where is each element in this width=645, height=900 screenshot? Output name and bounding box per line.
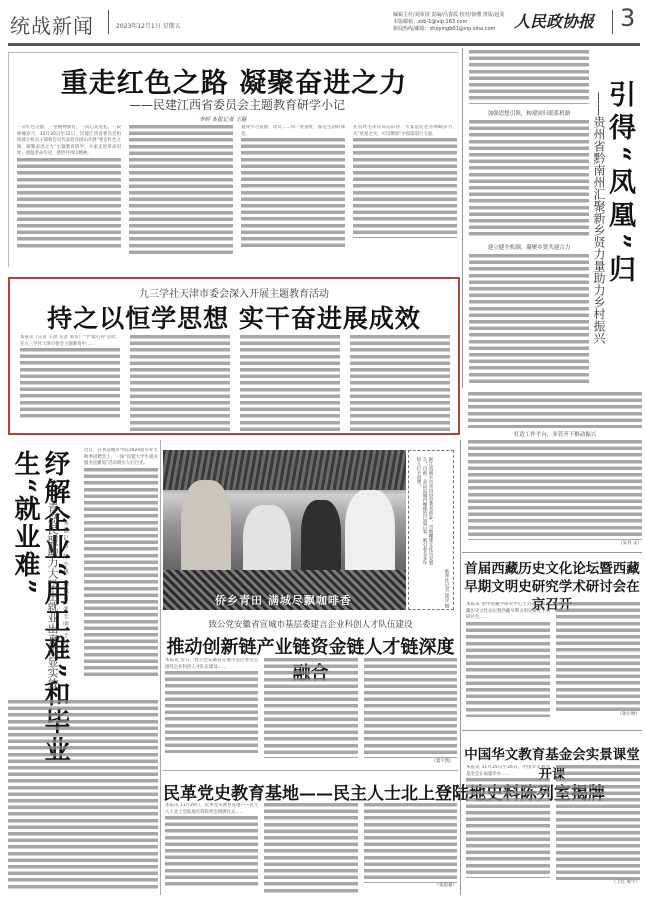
article-title: 持之以恒学思想 实干奋进展成效 xyxy=(10,299,458,335)
masthead-rule xyxy=(8,43,640,46)
subheading: 打造工作平台，多管齐下推动振兴 xyxy=(468,430,642,438)
column-rule xyxy=(160,440,161,895)
subheading: 建立健全机制，凝聚乡贤共建合力 xyxy=(469,243,589,251)
body-text xyxy=(469,120,589,238)
article-tibet: 首届西藏历史文化论坛暨西藏早期文明史研究学术研讨会在京召开 本报讯 由中国藏学研… xyxy=(462,560,642,725)
body-text xyxy=(468,392,642,428)
text-column: 置身学习氛围，动员……每一处遗址，都是生动的课堂。 xyxy=(241,125,345,255)
body-text xyxy=(241,138,345,248)
photo-description-text: 浙江省丽水市青田县是著名侨乡，当地咖啡文化历史悠久。目前，青田县城内咖啡馆已超百… xyxy=(415,457,433,567)
credit-line: 本版邮箱：zzb-1@vip.163.com xyxy=(393,19,505,26)
body-text xyxy=(469,254,589,384)
text-column: 一次红色之旅，一堂精神教育，一次心灵洗礼。一段峥嵘岁月，11月20日至22日，民… xyxy=(17,125,121,255)
article-columns: 本报讯 11月29日，民革党史教育基地——民主人士北上登陆地史料陈列室揭牌仪式…… xyxy=(165,803,457,893)
article-boxed: 九三学社天津市委会深入开展主题教育活动 持之以恒学思想 实干奋进展成效 本报讯（… xyxy=(8,277,460,435)
newspaper-logo: 人民政协报 xyxy=(514,9,594,32)
text-column xyxy=(130,335,230,431)
paragraph: 本报讯（记者 王晨 记者 张伟）“学‘最心得’活动，在九三学社天津市委会主题教育… xyxy=(20,335,120,348)
body-text xyxy=(466,622,550,717)
body-text xyxy=(466,778,550,878)
news-photo: 侨乡青田 满城尽飘咖啡香 xyxy=(163,450,406,610)
text-column: （上官 庚宇） xyxy=(556,765,640,889)
text-column: 本报讯 近日，致公党安徽省宣城市基层委员会围绕企业科创人才队伍建设…… xyxy=(165,658,258,758)
text-column: （张思嘉） xyxy=(364,803,457,893)
publication-date: 2023年12月1日 星期五 xyxy=(116,21,181,30)
paragraph: 在茨坪毛泽东同志旧居，大家追忆往昔峥嵘岁月，从“星星之火，可以燎原”中汲取前行力… xyxy=(353,125,457,138)
body-text xyxy=(165,816,258,886)
photo-caption: 侨乡青田 满城尽飘咖啡香 xyxy=(215,592,352,608)
source-note: （孙小婷） xyxy=(556,712,640,719)
source-note: （张思嘉） xyxy=(364,883,457,890)
article-main: 重走红色之路 凝聚奋进之力 ——民建江西省委员会主题教育研学小记 李婷 本报记者… xyxy=(8,52,458,267)
section-name: 统战新闻 xyxy=(10,10,94,39)
article-kicker: 致公党安徽省宣城市基层委建言企业科创人才队伍建设 xyxy=(163,618,458,630)
text-column: 本报讯 11月25日至26日，中国华文教育基金会在福建举办…… xyxy=(466,765,550,889)
article-talent: 致公党安徽省宣城市基层委建言企业科创人才队伍建设 推动创新链产业链资金链人才链深… xyxy=(163,615,458,765)
feature-continuation: 打造工作平台，多管齐下推动振兴 （吴丹 文） xyxy=(468,392,642,552)
article-byline: 本报记者 陈小林 通讯员 张丰明 于巧丹 xyxy=(61,520,69,655)
photo-person xyxy=(345,490,395,580)
article-columns: 本报讯（记者 王晨 记者 张伟）“学‘最心得’活动，在九三学社天津市委会主题教育… xyxy=(20,335,450,431)
paragraph: 本报讯 由中国藏学研究中心主办的首届西藏历史文化论坛暨西藏早期文明史研究学术研讨… xyxy=(466,602,550,622)
editorial-credits: 编辑主任/刘荣国 责编/冯春霞 校对/徐缨 排版/赵雯 本版邮箱：zzb-1@v… xyxy=(393,12,505,33)
article-employment-continued xyxy=(8,700,158,895)
divider xyxy=(163,770,458,771)
paragraph: 置身学习氛围，动员……每一处遗址，都是生动的课堂。 xyxy=(241,125,345,138)
body-text xyxy=(364,803,457,883)
body-text xyxy=(353,138,457,238)
text-column xyxy=(264,658,357,758)
article-byline: 李婷 本报记者 王磊 xyxy=(199,115,247,123)
article-title: 重走红色之路 凝聚奋进之力 xyxy=(9,61,459,100)
text-column: 本报讯（记者 王晨 记者 张伟）“学‘最心得’活动，在九三学社天津市委会主题教育… xyxy=(20,335,120,431)
text-column: 在茨坪毛泽东同志旧居，大家追忆往昔峥嵘岁月，从“星星之火，可以燎原”中汲取前行力… xyxy=(353,125,457,255)
paragraph: 本报讯 11月29日，民革党史教育基地——民主人士北上登陆地史料陈列室揭牌仪式…… xyxy=(165,803,258,816)
photo-description: 浙江省丽水市青田县是著名侨乡，当地咖啡文化历史悠久。目前，青田县城内咖啡馆已超百… xyxy=(408,450,454,610)
article-history: 民革党史教育基地——民主人士北上登陆地史料陈列室揭牌 本报讯 11月29日，民革… xyxy=(163,775,458,895)
article-body: 近日，在青岛城市学院2024届毕业生秋季招聘会上，一场“民盟大学生就业服务直播间… xyxy=(84,448,158,698)
source-note: （夏宇凯） xyxy=(432,758,455,764)
body-text xyxy=(556,765,640,880)
body-text xyxy=(468,440,642,540)
feature-body: 加强思想引领，构建回归联系机制 建立健全机制，凝聚乡贤共建合力 xyxy=(469,50,589,388)
paragraph: 本报讯 11月25日至26日，中国华文教育基金会在福建举办…… xyxy=(466,765,550,778)
divider xyxy=(462,552,642,553)
divider xyxy=(462,730,642,731)
article-columns: 本报讯 近日，致公党安徽省宣城市基层委员会围绕企业科创人才队伍建设…… xyxy=(165,658,457,758)
feature-title: 引得“凤凰”归 xyxy=(609,80,639,288)
article-feature-right: 加强思想引领，构建回归联系机制 建立健全机制，凝聚乡贤共建合力 引得“凤凰”归 … xyxy=(462,48,642,388)
photo-credit: 新华社记者 徐昱 摄 xyxy=(443,569,449,608)
photo-person xyxy=(301,500,341,580)
article-columns: 一次红色之旅，一堂精神教育，一次心灵洗礼。一段峥嵘岁月，11月20日至22日，民… xyxy=(17,125,457,255)
body-text xyxy=(556,602,640,712)
paragraph: 一次红色之旅，一堂精神教育，一次心灵洗礼。一段峥嵘岁月，11月20日至22日，民… xyxy=(17,125,121,158)
text-column xyxy=(129,125,233,255)
text-column: 本报讯 由中国藏学研究中心主办的首届西藏历史文化论坛暨西藏早期文明史研究学术研讨… xyxy=(466,602,550,720)
body-text xyxy=(17,158,121,248)
text-column xyxy=(240,335,340,431)
photo-person xyxy=(181,480,231,580)
text-column: 本报讯 11月29日，民革党史教育基地——民主人士北上登陆地史料陈列室揭牌仪式…… xyxy=(165,803,258,893)
feature-subtitle: ——贵州省黔南州汇聚新乡贤力量助力乡村振兴 xyxy=(591,92,608,344)
article-subtitle: ——民建江西省委员会主题教育研学小记 xyxy=(129,96,345,113)
text-column xyxy=(264,803,357,893)
text-column xyxy=(364,658,457,758)
divider xyxy=(612,10,613,34)
page-number: 3 xyxy=(620,4,635,32)
article-subtitle: ——青岛民盟助力大学生就业出真招显实效 xyxy=(44,480,60,689)
article-columns: 本报讯 11月25日至26日，中国华文教育基金会在福建举办…… （上官 庚宇） xyxy=(466,765,640,889)
body-text xyxy=(165,671,258,753)
paragraph: 近日，在青岛城市学院2024届毕业生秋季招聘会上，一场“民盟大学生就业服务直播间… xyxy=(84,448,158,468)
body-text xyxy=(20,348,120,418)
article-kicker: 九三学社天津市委会深入开展主题教育活动 xyxy=(10,285,458,300)
source-note: （吴丹 文） xyxy=(468,540,642,546)
text-column xyxy=(350,335,450,431)
column-rule xyxy=(460,440,461,895)
masthead: 统战新闻 2023年12月1日 星期五 编辑主任/刘荣国 责编/冯春霞 校对/徐… xyxy=(8,4,640,42)
text-column: （孙小婷） xyxy=(556,602,640,720)
credit-line: 编辑主任/刘荣国 责编/冯春霞 校对/徐缨 排版/赵雯 xyxy=(393,12,505,19)
subheading: 加强思想引领，构建回归联系机制 xyxy=(469,109,589,117)
body-text xyxy=(469,50,589,104)
article-columns: 本报讯 由中国藏学研究中心主办的首届西藏历史文化论坛暨西藏早期文明史研究学术研讨… xyxy=(466,602,640,720)
credit-line: 新闻热线/邮箱：zhoyingb01@vip.sina.com xyxy=(393,26,505,33)
paragraph: 本报讯 近日，致公党安徽省宣城市基层委员会围绕企业科创人才队伍建设…… xyxy=(165,658,258,671)
body-text xyxy=(8,700,158,890)
body-text xyxy=(84,468,158,678)
article-title: 民革党史教育基地——民主人士北上登陆地史料陈列室揭牌 xyxy=(163,779,458,804)
article-education: 中国华文教育基金会实景课堂开课 本报讯 11月25日至26日，中国华文教育基金会… xyxy=(462,735,642,895)
divider xyxy=(108,10,109,34)
source-note: （上官 庚宇） xyxy=(556,880,640,887)
